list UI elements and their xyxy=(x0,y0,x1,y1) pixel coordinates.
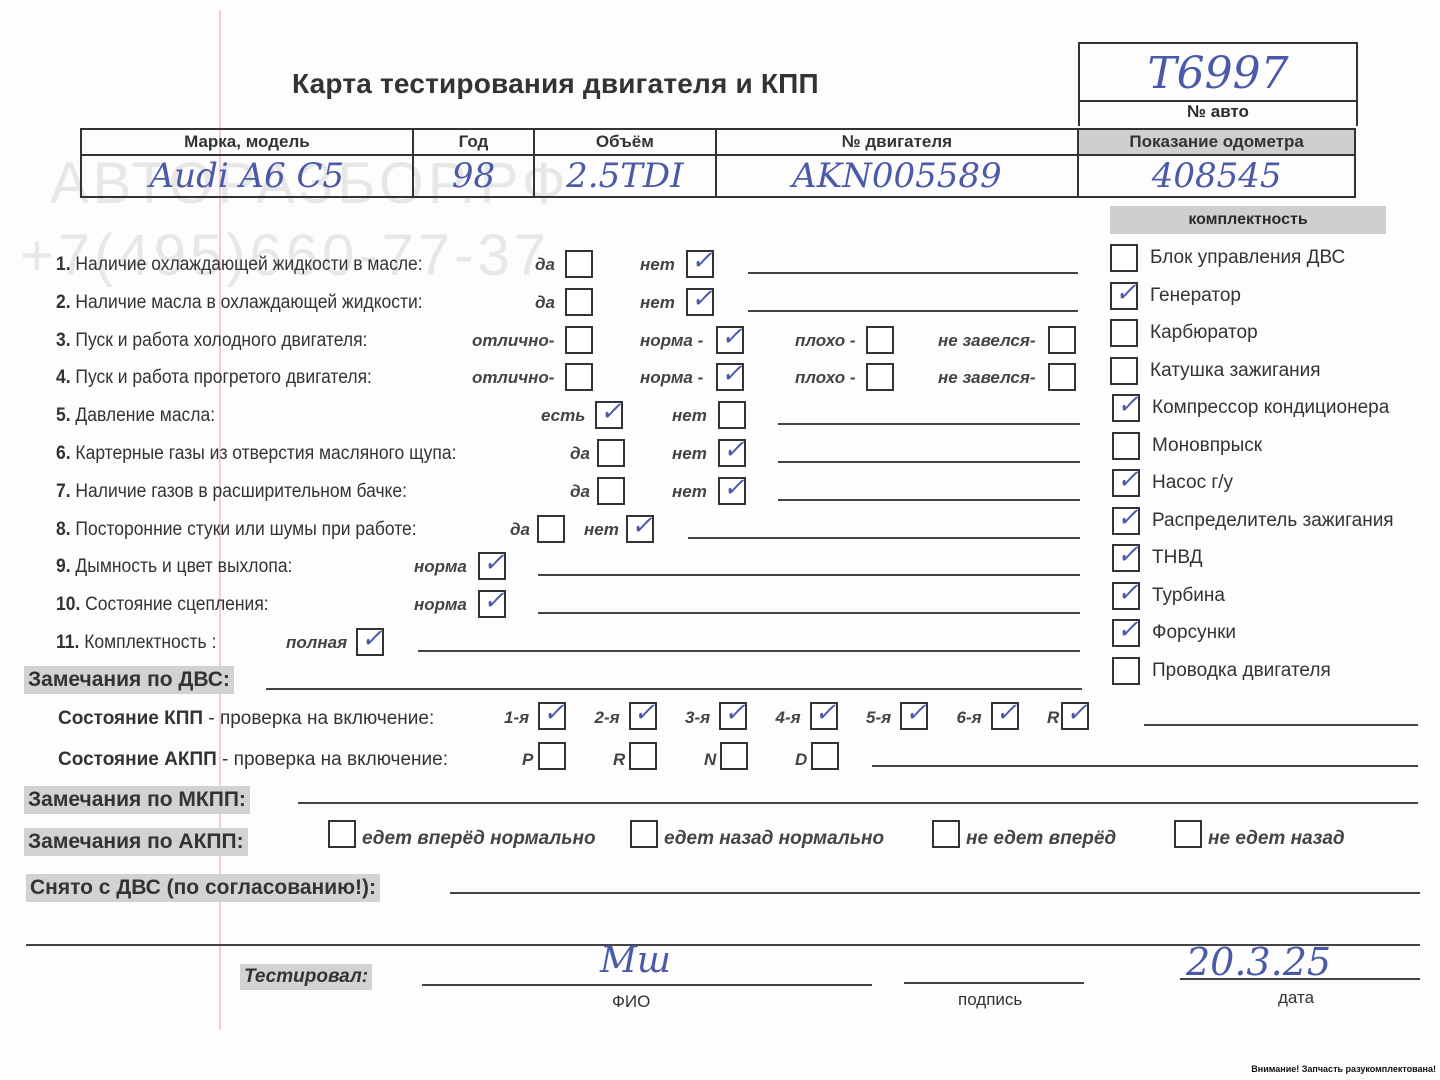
question-text: Состояние сцепления: xyxy=(85,594,268,615)
question-3-option-0[interactable] xyxy=(565,326,593,354)
question-text: Наличие масла в охлаждающей жидкости: xyxy=(75,292,422,313)
akpp-remark-label: едет назад нормально xyxy=(664,828,884,850)
akpp-remark-checkbox-1[interactable] xyxy=(630,820,658,848)
question-4-option-0[interactable] xyxy=(565,363,593,391)
komplekt-checkbox-1[interactable]: ✓ xyxy=(1110,282,1138,310)
col-engine-number: № двигателя xyxy=(716,129,1079,155)
akpp-gear-checkbox-0[interactable] xyxy=(538,742,566,770)
question-6-option-label: нет xyxy=(672,444,707,464)
fio-value[interactable]: Мш xyxy=(600,940,671,981)
check-mark-icon: ✓ xyxy=(1117,540,1139,570)
check-mark-icon: ✓ xyxy=(723,435,745,465)
question-number: 9. xyxy=(56,556,75,577)
question-number: 1. xyxy=(56,254,75,275)
question-6-option-1[interactable]: ✓ xyxy=(718,439,746,467)
removed-field[interactable] xyxy=(450,892,1420,894)
question-10: 10. Состояние сцепления: xyxy=(56,594,269,616)
question-3-option-3[interactable] xyxy=(1048,326,1076,354)
check-mark-icon: ✓ xyxy=(721,359,743,389)
question-3-option-label: отлично- xyxy=(472,331,554,351)
remarks-mkpp-label: Замечания по МКПП: xyxy=(24,786,250,814)
check-mark-icon: ✓ xyxy=(905,698,927,728)
kpp-gear-label: 6-я xyxy=(957,708,982,728)
komplekt-label-8: ТНВД xyxy=(1152,547,1202,569)
question-1-option-1[interactable]: ✓ xyxy=(686,250,714,278)
remarks-dvs-label: Замечания по ДВС: xyxy=(24,666,234,694)
question-text: Пуск и работа холодного двигателя: xyxy=(75,330,367,351)
check-mark-icon: ✓ xyxy=(483,548,505,578)
question-1-option-0[interactable] xyxy=(565,250,593,278)
question-number: 5. xyxy=(56,405,75,426)
col-make-model: Марка, модель xyxy=(81,129,413,155)
question-6: 6. Картерные газы из отверстия масляного… xyxy=(56,443,456,465)
question-11-option-0[interactable]: ✓ xyxy=(356,628,384,656)
akpp-remark-label: не едет назад xyxy=(1208,828,1345,850)
question-9-notes-field[interactable] xyxy=(538,574,1080,576)
question-8-option-label: да xyxy=(510,520,530,540)
komplekt-label-2: Карбюратор xyxy=(1150,322,1258,344)
check-mark-icon: ✓ xyxy=(1115,278,1137,308)
page-title: Карта тестирования двигателя и КПП xyxy=(292,68,819,100)
akpp-gear-label: P xyxy=(522,750,533,770)
check-mark-icon: ✓ xyxy=(600,397,622,427)
akpp-remark-label: едет вперёд нормально xyxy=(362,828,596,850)
kpp-gear-checkbox-2[interactable]: ✓ xyxy=(719,702,747,730)
akpp-gear-checkbox-1[interactable] xyxy=(629,742,657,770)
kpp-gear-checkbox-3[interactable]: ✓ xyxy=(810,702,838,730)
question-10-notes-field[interactable] xyxy=(538,612,1080,614)
check-mark-icon: ✓ xyxy=(1117,578,1139,608)
question-text: Давление масла: xyxy=(75,405,215,426)
akpp-remark-label: не едет вперёд xyxy=(966,828,1116,850)
question-4-option-1[interactable]: ✓ xyxy=(716,363,744,391)
question-5-option-label: нет xyxy=(672,406,707,426)
komplekt-label-1: Генератор xyxy=(1150,285,1241,307)
question-number: 11. xyxy=(56,632,84,653)
footer-note: Внимание! Запчасть разукомплектована! xyxy=(1251,1064,1436,1074)
question-7: 7. Наличие газов в расширительном бачке: xyxy=(56,481,407,503)
make-model-value[interactable]: Audi A6 C5 xyxy=(81,155,413,197)
question-7-option-1[interactable]: ✓ xyxy=(718,477,746,505)
question-4-option-label: отлично- xyxy=(472,368,554,388)
question-5-option-1[interactable] xyxy=(718,401,746,429)
engine-number-value[interactable]: AKN005589 xyxy=(716,155,1079,197)
akpp-remark-checkbox-0[interactable] xyxy=(328,820,356,848)
auto-number-label: № авто xyxy=(1080,102,1356,122)
question-8: 8. Посторонние стуки или шумы при работе… xyxy=(56,519,417,541)
question-4-option-label: не завелся- xyxy=(938,368,1036,388)
question-text: Посторонние стуки или шумы при работе: xyxy=(75,519,416,540)
question-9-option-0[interactable]: ✓ xyxy=(478,552,506,580)
akpp-gear-label: R xyxy=(613,750,625,770)
question-3-option-label: не завелся- xyxy=(938,331,1036,351)
kpp-gear-label: R xyxy=(1047,708,1059,728)
question-1: 1. Наличие охлаждающей жидкости в масле: xyxy=(56,254,423,276)
fio-field[interactable] xyxy=(422,984,872,986)
auto-number-box: T6997 № авто xyxy=(1078,42,1358,126)
komplekt-label-0: Блок управления ДВС xyxy=(1150,247,1345,269)
check-mark-icon: ✓ xyxy=(1117,615,1139,645)
komplekt-checkbox-11[interactable] xyxy=(1112,657,1140,685)
year-value[interactable]: 98 xyxy=(413,155,534,197)
question-5-notes-field[interactable] xyxy=(778,423,1080,425)
question-number: 3. xyxy=(56,330,75,351)
komplekt-checkbox-4[interactable]: ✓ xyxy=(1112,394,1140,422)
question-10-option-0[interactable]: ✓ xyxy=(478,590,506,618)
question-11: 11. Комплектность : xyxy=(56,632,216,654)
question-4-option-label: норма - xyxy=(640,368,703,388)
akpp-notes-field[interactable] xyxy=(872,765,1418,767)
check-mark-icon: ✓ xyxy=(691,284,713,314)
komplekt-label-11: Проводка двигателя xyxy=(1152,660,1331,682)
date-caption: дата xyxy=(1278,988,1314,1008)
question-4-option-2[interactable] xyxy=(866,363,894,391)
komplekt-label-4: Компрессор кондиционера xyxy=(1152,397,1389,419)
question-4-option-3[interactable] xyxy=(1048,363,1076,391)
komplekt-checkbox-7[interactable]: ✓ xyxy=(1112,507,1140,535)
question-3: 3. Пуск и работа холодного двигателя: xyxy=(56,330,367,352)
check-mark-icon: ✓ xyxy=(1117,503,1139,533)
kpp-gear-checkbox-6[interactable]: ✓ xyxy=(1061,702,1089,730)
komplekt-checkbox-9[interactable]: ✓ xyxy=(1112,582,1140,610)
question-text: Наличие охлаждающей жидкости в масле: xyxy=(75,254,422,275)
komplekt-checkbox-2[interactable] xyxy=(1110,319,1138,347)
akpp-label: Состояние АКПП - проверка на включение: xyxy=(58,749,448,771)
question-2: 2. Наличие масла в охлаждающей жидкости: xyxy=(56,292,423,314)
question-11-notes-field[interactable] xyxy=(418,650,1080,652)
akpp-gear-label: D xyxy=(795,750,807,770)
check-mark-icon: ✓ xyxy=(1066,698,1088,728)
vehicle-info-table: Марка, модель Год Объём № двигателя Пока… xyxy=(80,128,1356,198)
komplekt-label-7: Распределитель зажигания xyxy=(1152,510,1394,532)
question-3-option-label: норма - xyxy=(640,331,703,351)
col-volume: Объём xyxy=(534,129,715,155)
tested-by-label: Тестировал: xyxy=(240,964,372,990)
question-6-option-label: да xyxy=(570,444,590,464)
question-1-option-label: да xyxy=(535,255,555,275)
kpp-gear-label: 4-я xyxy=(776,708,801,728)
question-text: Пуск и работа прогретого двигателя: xyxy=(75,367,371,388)
komplekt-label-3: Катушка зажигания xyxy=(1150,360,1321,382)
question-5-option-0[interactable]: ✓ xyxy=(595,401,623,429)
check-mark-icon: ✓ xyxy=(724,698,746,728)
question-number: 2. xyxy=(56,292,75,313)
akpp-gear-checkbox-2[interactable] xyxy=(720,742,748,770)
auto-number-value[interactable]: T6997 xyxy=(1080,44,1356,102)
col-odometer: Показание одометра xyxy=(1078,129,1355,155)
komplekt-label-10: Форсунки xyxy=(1152,622,1236,644)
question-number: 4. xyxy=(56,367,75,388)
question-4: 4. Пуск и работа прогретого двигателя: xyxy=(56,367,372,389)
question-7-option-label: да xyxy=(570,482,590,502)
akpp-gear-label: N xyxy=(704,750,716,770)
check-mark-icon: ✓ xyxy=(1117,390,1139,420)
check-mark-icon: ✓ xyxy=(815,698,837,728)
komplekt-checkbox-5[interactable] xyxy=(1112,432,1140,460)
fio-caption: ФИО xyxy=(612,992,650,1012)
question-8-option-0[interactable] xyxy=(537,515,565,543)
question-6-notes-field[interactable] xyxy=(778,461,1080,463)
kpp-gear-label: 1-я xyxy=(504,708,529,728)
question-number: 8. xyxy=(56,519,75,540)
question-9-option-label: норма xyxy=(414,557,467,577)
question-4-option-label: плохо - xyxy=(795,368,856,388)
akpp-remark-checkbox-2[interactable] xyxy=(932,820,960,848)
check-mark-icon: ✓ xyxy=(996,698,1018,728)
question-5-option-label: есть xyxy=(541,406,585,426)
kpp-gear-label: 5-я xyxy=(866,708,891,728)
komplektnost-header: комплектность xyxy=(1110,206,1386,234)
kpp-gear-checkbox-0[interactable]: ✓ xyxy=(538,702,566,730)
question-7-notes-field[interactable] xyxy=(778,499,1080,501)
question-8-notes-field[interactable] xyxy=(688,537,1080,539)
col-year: Год xyxy=(413,129,534,155)
question-text: Комплектность : xyxy=(84,632,216,653)
remarks-mkpp-field[interactable] xyxy=(298,802,1418,804)
komplekt-checkbox-3[interactable] xyxy=(1110,357,1138,385)
question-1-notes-field[interactable] xyxy=(748,272,1078,274)
question-2-option-0[interactable] xyxy=(565,288,593,316)
question-1-option-label: нет xyxy=(640,255,675,275)
odometer-value[interactable]: 408545 xyxy=(1078,155,1355,197)
komplekt-label-6: Насос г/у xyxy=(1152,472,1233,494)
removed-label: Снято с ДВС (по согласованию!): xyxy=(26,874,380,902)
kpp-gear-checkbox-5[interactable]: ✓ xyxy=(991,702,1019,730)
komplekt-label-5: Моновпрыск xyxy=(1152,435,1262,457)
question-number: 6. xyxy=(56,443,75,464)
signature-field[interactable] xyxy=(904,982,1084,984)
kpp-label: Состояние КПП - проверка на включение: xyxy=(58,708,434,730)
remarks-dvs-field[interactable] xyxy=(266,688,1082,690)
date-field[interactable] xyxy=(1180,978,1420,980)
akpp-gear-checkbox-3[interactable] xyxy=(811,742,839,770)
question-7-option-0[interactable] xyxy=(597,477,625,505)
check-mark-icon: ✓ xyxy=(631,511,653,541)
question-text: Наличие газов в расширительном бачке: xyxy=(75,481,407,502)
question-number: 7. xyxy=(56,481,75,502)
question-text: Дымность и цвет выхлопа: xyxy=(75,556,292,577)
kpp-gear-label: 2-я xyxy=(595,708,620,728)
komplekt-checkbox-8[interactable]: ✓ xyxy=(1112,544,1140,572)
signature-caption: подпись xyxy=(958,990,1022,1010)
question-6-option-0[interactable] xyxy=(597,439,625,467)
kpp-gear-checkbox-4[interactable]: ✓ xyxy=(900,702,928,730)
check-mark-icon: ✓ xyxy=(361,624,383,654)
volume-value[interactable]: 2.5TDI xyxy=(534,155,715,197)
question-number: 10. xyxy=(56,594,85,615)
kpp-gear-checkbox-1[interactable]: ✓ xyxy=(629,702,657,730)
question-2-option-label: да xyxy=(535,293,555,313)
akpp-remark-checkbox-3[interactable] xyxy=(1174,820,1202,848)
check-mark-icon: ✓ xyxy=(1117,465,1139,495)
check-mark-icon: ✓ xyxy=(691,246,713,276)
question-text: Картерные газы из отверстия масляного щу… xyxy=(75,443,456,464)
komplekt-label-9: Турбина xyxy=(1152,585,1225,607)
check-mark-icon: ✓ xyxy=(543,698,565,728)
check-mark-icon: ✓ xyxy=(721,322,743,352)
check-mark-icon: ✓ xyxy=(634,698,656,728)
question-2-option-label: нет xyxy=(640,293,675,313)
question-8-option-label: нет xyxy=(584,520,619,540)
question-3-option-1[interactable]: ✓ xyxy=(716,326,744,354)
question-2-option-1[interactable]: ✓ xyxy=(686,288,714,316)
question-2-notes-field[interactable] xyxy=(748,310,1078,312)
komplekt-checkbox-10[interactable]: ✓ xyxy=(1112,619,1140,647)
question-8-option-1[interactable]: ✓ xyxy=(626,515,654,543)
question-10-option-label: норма xyxy=(414,595,467,615)
question-11-option-label: полная xyxy=(286,633,347,653)
question-9: 9. Дымность и цвет выхлопа: xyxy=(56,556,292,578)
check-mark-icon: ✓ xyxy=(483,586,505,616)
question-3-option-label: плохо - xyxy=(795,331,856,351)
question-7-option-label: нет xyxy=(672,482,707,502)
komplekt-checkbox-0[interactable] xyxy=(1110,244,1138,272)
question-3-option-2[interactable] xyxy=(866,326,894,354)
komplekt-checkbox-6[interactable]: ✓ xyxy=(1112,469,1140,497)
remarks-akpp-label: Замечания по АКПП: xyxy=(24,828,248,856)
question-5: 5. Давление масла: xyxy=(56,405,215,427)
kpp-notes-field[interactable] xyxy=(1144,724,1418,726)
check-mark-icon: ✓ xyxy=(723,473,745,503)
kpp-gear-label: 3-я xyxy=(685,708,710,728)
